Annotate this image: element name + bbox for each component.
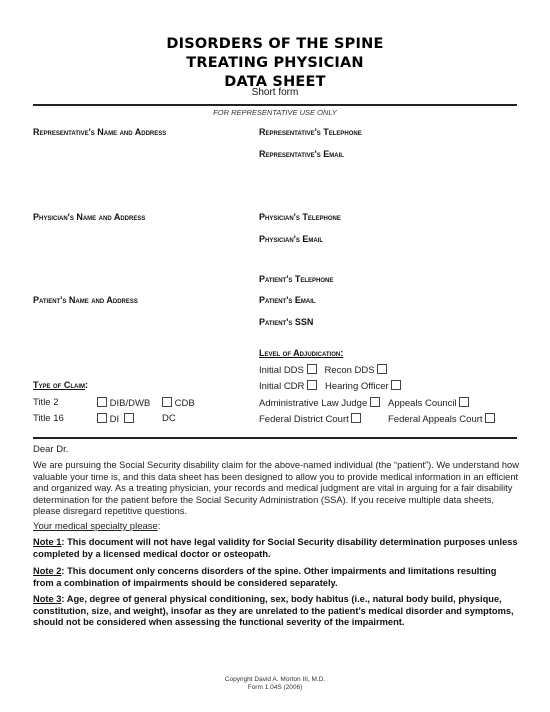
alj-checkbox[interactable]	[370, 397, 380, 407]
appeals-council-label: Appeals Council	[388, 398, 457, 409]
note-1: Note 1: This document will not have lega…	[33, 537, 519, 560]
note-1-label: Note 1	[33, 537, 61, 547]
di-checkbox[interactable]	[97, 413, 107, 423]
adjudication-row-1: Initial DDS Recon DDS	[259, 364, 387, 376]
header-divider	[33, 104, 517, 106]
recon-dds-checkbox[interactable]	[377, 364, 387, 374]
di-option: DI	[97, 413, 134, 425]
district-court-checkbox[interactable]	[351, 413, 361, 423]
dc-checkbox[interactable]	[124, 413, 134, 423]
note-1-text: This document will not have legal validi…	[33, 537, 518, 559]
dib-label: DIB/DWB	[110, 398, 151, 409]
claim-heading-text: Type of Claim	[33, 380, 85, 390]
note-3-text: Age, degree of general physical conditio…	[33, 594, 514, 627]
appeals-court-label: Federal Appeals Court	[388, 414, 483, 425]
phys-name-label: Physician's Name and Address	[33, 212, 145, 222]
copyright: Copyright David A. Morton III, M.D.	[0, 676, 550, 684]
initial-dds-label: Initial DDS	[259, 365, 304, 376]
appeals-court-option: Federal Appeals Court	[388, 413, 495, 425]
dc-label: DC	[162, 413, 176, 424]
note-3-label: Note 3	[33, 594, 61, 604]
claim-heading: Type of Claim:	[33, 380, 88, 390]
alj-label: Administrative Law Judge	[259, 398, 367, 409]
specialty-prompt: Your medical specialty please:	[33, 521, 160, 532]
title-line-1: DISORDERS OF THE SPINE	[0, 36, 550, 52]
hearing-officer-label: Hearing Officer	[325, 381, 389, 392]
adjudication-row-2: Initial CDR Hearing Officer	[259, 380, 401, 392]
note-2: Note 2: This document only concerns diso…	[33, 566, 519, 589]
cdb-checkbox[interactable]	[162, 397, 172, 407]
section-divider	[33, 437, 517, 439]
form-number: Form 1.04S (2006)	[0, 684, 550, 692]
rep-email-label: Representative's Email	[259, 149, 344, 159]
title2-label: Title 2	[33, 397, 59, 408]
pat-name-label: Patient's Name and Address	[33, 295, 138, 305]
district-court-label: Federal District Court	[259, 414, 349, 425]
rep-phone-label: Representative's Telephone	[259, 127, 362, 137]
appeals-council-option: Appeals Council	[388, 397, 469, 409]
cdb-option: CDB	[162, 397, 195, 409]
initial-cdr-label: Initial CDR	[259, 381, 304, 392]
appeals-council-checkbox[interactable]	[459, 397, 469, 407]
hearing-officer-checkbox[interactable]	[391, 380, 401, 390]
initial-cdr-checkbox[interactable]	[307, 380, 317, 390]
alj-option: Administrative Law Judge	[259, 397, 380, 409]
phys-email-label: Physician's Email	[259, 234, 323, 244]
appeals-court-checkbox[interactable]	[485, 413, 495, 423]
specialty-text: Your medical specialty please	[33, 521, 158, 532]
cdb-label: CDB	[175, 398, 195, 409]
title16-label: Title 16	[33, 413, 64, 424]
initial-dds-checkbox[interactable]	[307, 364, 317, 374]
note-2-text: This document only concerns disorders of…	[33, 566, 496, 588]
note-3: Note 3: Age, degree of general physical …	[33, 594, 519, 629]
pat-ssn-label: Patient's SSN	[259, 317, 313, 327]
rep-name-label: Representative's Name and Address	[33, 127, 166, 137]
pat-email-label: Patient's Email	[259, 295, 316, 305]
adjudication-heading: Level of Adjudication:	[259, 348, 343, 358]
recon-dds-label: Recon DDS	[324, 365, 374, 376]
pat-phone-label: Patient's Telephone	[259, 274, 333, 284]
subtitle: Short form	[0, 87, 550, 98]
dib-option: DIB/DWB	[97, 397, 150, 409]
note-2-label: Note 2	[33, 566, 61, 576]
district-court-option: Federal District Court	[259, 413, 361, 425]
di-label: DI	[110, 414, 120, 425]
phys-phone-label: Physician's Telephone	[259, 212, 341, 222]
representative-use-only: FOR REPRESENTATIVE USE ONLY	[0, 108, 550, 117]
title-line-2: TREATING PHYSICIAN	[0, 55, 550, 71]
intro-paragraph: We are pursuing the Social Security disa…	[33, 460, 519, 518]
greeting: Dear Dr.	[33, 444, 68, 455]
dib-checkbox[interactable]	[97, 397, 107, 407]
